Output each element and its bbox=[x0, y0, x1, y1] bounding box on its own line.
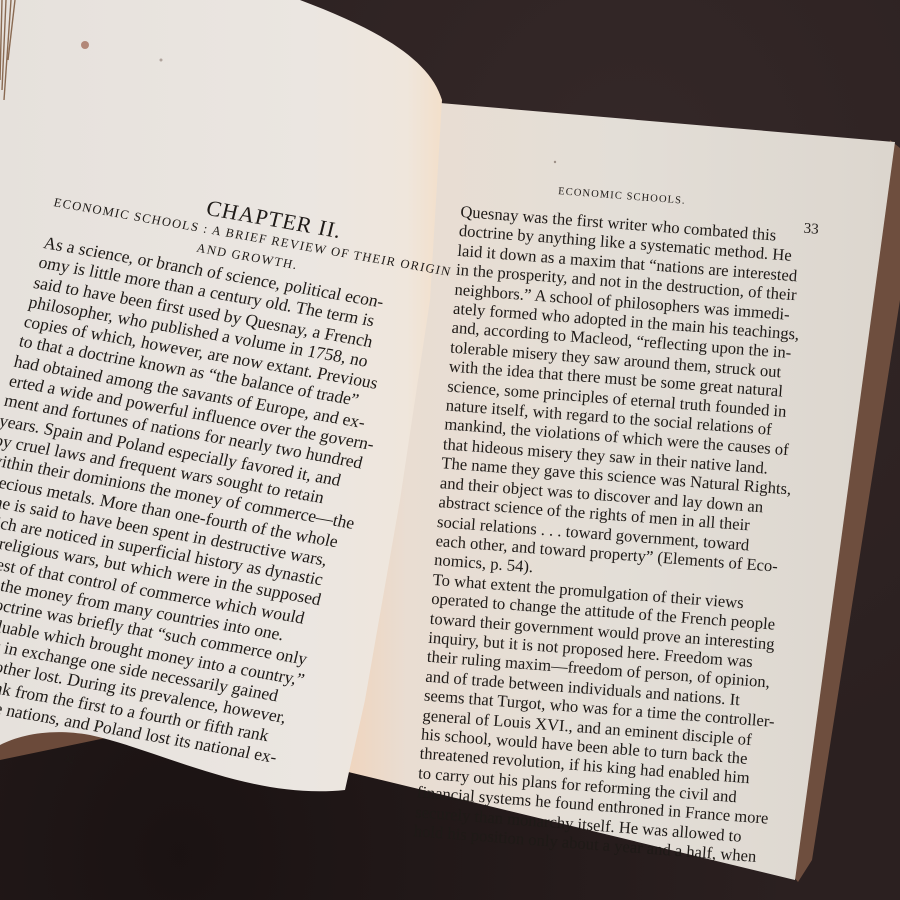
page-number: 33 bbox=[803, 220, 819, 240]
right-page-body: Quesnay was the first writer who combate… bbox=[413, 202, 813, 867]
stain-spot bbox=[81, 41, 89, 49]
right-page-text: ECONOMIC SCHOOLS. 33 Quesnay was the fir… bbox=[413, 178, 814, 867]
